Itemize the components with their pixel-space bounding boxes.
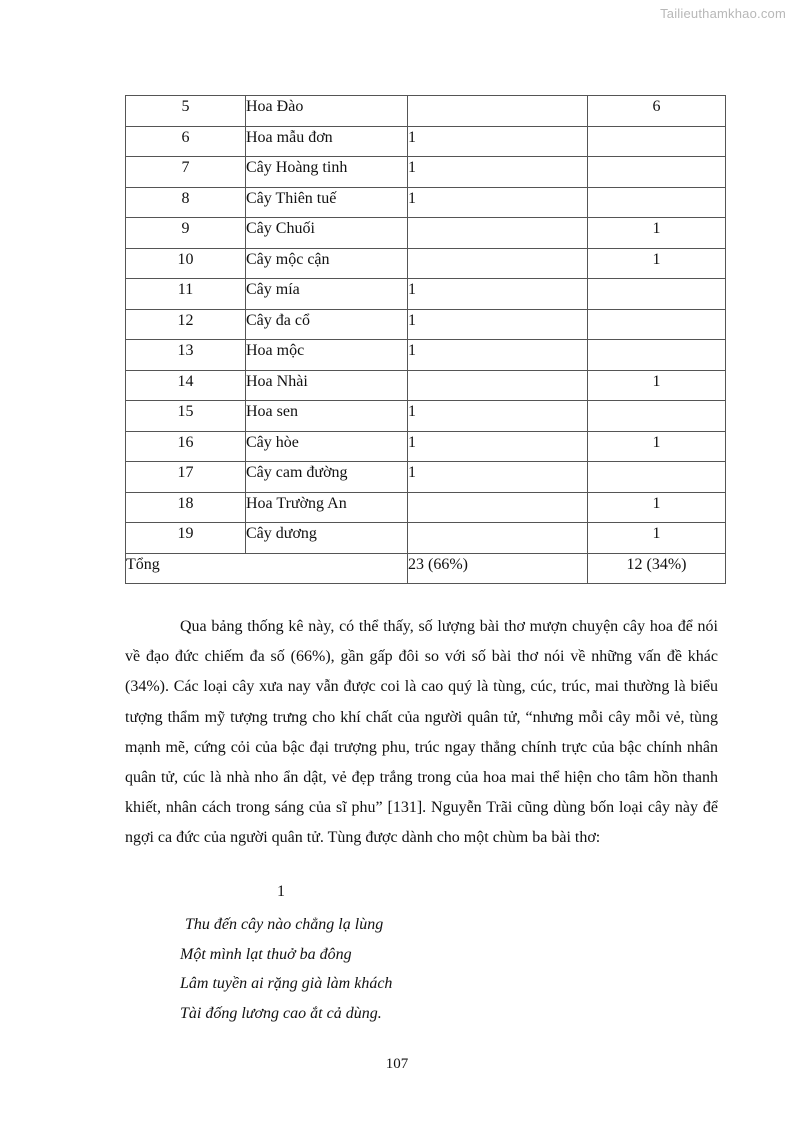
- plant-name: Cây Thiên tuế: [246, 187, 408, 218]
- table-row: 15Hoa sen1: [126, 401, 726, 432]
- count-other: 1: [588, 492, 726, 523]
- table-row: 16Cây hòe11: [126, 431, 726, 462]
- row-number: 5: [126, 96, 246, 127]
- row-number: 15: [126, 401, 246, 432]
- poem-line: Tài đống lương cao ắt cả dùng.: [180, 999, 392, 1029]
- row-number: 8: [126, 187, 246, 218]
- total-label: Tổng: [126, 553, 408, 584]
- count-ethics: [408, 248, 588, 279]
- page-number: 107: [0, 1056, 794, 1073]
- count-ethics: [408, 218, 588, 249]
- row-number: 10: [126, 248, 246, 279]
- row-number: 9: [126, 218, 246, 249]
- plant-name: Cây mía: [246, 279, 408, 310]
- table-row: 6Hoa mẫu đơn1: [126, 126, 726, 157]
- count-other: 1: [588, 370, 726, 401]
- count-other: 1: [588, 523, 726, 554]
- count-other: [588, 126, 726, 157]
- count-ethics: [408, 523, 588, 554]
- count-ethics: [408, 492, 588, 523]
- plant-name: Hoa mẫu đơn: [246, 126, 408, 157]
- poem-number: 1: [277, 883, 285, 901]
- count-other: 1: [588, 248, 726, 279]
- plant-name: Hoa sen: [246, 401, 408, 432]
- poem: Thu đến cây nào chẳng lạ lùng Một mình l…: [180, 910, 392, 1028]
- plant-name: Hoa mộc: [246, 340, 408, 371]
- plant-name: Cây đa cổ: [246, 309, 408, 340]
- table-total-row: Tổng23 (66%)12 (34%): [126, 553, 726, 584]
- count-ethics: 1: [408, 401, 588, 432]
- count-ethics: 1: [408, 340, 588, 371]
- row-number: 11: [126, 279, 246, 310]
- count-other: [588, 401, 726, 432]
- count-ethics: 1: [408, 279, 588, 310]
- row-number: 17: [126, 462, 246, 493]
- table-row: 5Hoa Đào6: [126, 96, 726, 127]
- count-ethics: 1: [408, 157, 588, 188]
- table-row: 9Cây Chuối1: [126, 218, 726, 249]
- row-number: 14: [126, 370, 246, 401]
- table-row: 17Cây cam đường1: [126, 462, 726, 493]
- table-row: 8Cây Thiên tuế1: [126, 187, 726, 218]
- plant-name: Cây dương: [246, 523, 408, 554]
- plant-name: Hoa Trường An: [246, 492, 408, 523]
- plant-name: Cây Chuối: [246, 218, 408, 249]
- plant-name: Cây cam đường: [246, 462, 408, 493]
- row-number: 13: [126, 340, 246, 371]
- count-ethics: 1: [408, 126, 588, 157]
- table-row: 7Cây Hoàng tinh1: [126, 157, 726, 188]
- table-row: 10Cây mộc cận1: [126, 248, 726, 279]
- count-other: [588, 279, 726, 310]
- row-number: 19: [126, 523, 246, 554]
- count-other: 6: [588, 96, 726, 127]
- poem-line: Thu đến cây nào chẳng lạ lùng: [180, 910, 392, 940]
- table-row: 13Hoa mộc1: [126, 340, 726, 371]
- table-row: 19Cây dương1: [126, 523, 726, 554]
- total-ethics: 23 (66%): [408, 553, 588, 584]
- count-other: 1: [588, 431, 726, 462]
- count-ethics: 1: [408, 187, 588, 218]
- table-row: 11Cây mía1: [126, 279, 726, 310]
- row-number: 16: [126, 431, 246, 462]
- plant-name: Cây Hoàng tinh: [246, 157, 408, 188]
- count-other: [588, 340, 726, 371]
- table-row: 12Cây đa cổ1: [126, 309, 726, 340]
- row-number: 18: [126, 492, 246, 523]
- count-other: [588, 187, 726, 218]
- plant-name: Cây hòe: [246, 431, 408, 462]
- table-row: 14Hoa Nhài1: [126, 370, 726, 401]
- row-number: 12: [126, 309, 246, 340]
- poem-line: Lâm tuyền ai rặng già làm khách: [180, 969, 392, 999]
- plant-name: Hoa Đào: [246, 96, 408, 127]
- count-ethics: 1: [408, 309, 588, 340]
- total-other: 12 (34%): [588, 553, 726, 584]
- count-ethics: [408, 96, 588, 127]
- watermark: Tailieuthamkhao.com: [660, 6, 786, 21]
- body-paragraph: Qua bảng thống kê này, có thể thấy, số l…: [125, 612, 718, 854]
- count-ethics: 1: [408, 462, 588, 493]
- statistics-table: 5Hoa Đào66Hoa mẫu đơn17Cây Hoàng tinh18C…: [125, 95, 726, 584]
- table-body: 5Hoa Đào66Hoa mẫu đơn17Cây Hoàng tinh18C…: [126, 96, 726, 584]
- count-other: [588, 157, 726, 188]
- plant-name: Hoa Nhài: [246, 370, 408, 401]
- paragraph-text: Qua bảng thống kê này, có thể thấy, số l…: [125, 618, 718, 846]
- count-ethics: [408, 370, 588, 401]
- row-number: 7: [126, 157, 246, 188]
- plant-name: Cây mộc cận: [246, 248, 408, 279]
- count-other: 1: [588, 218, 726, 249]
- table-row: 18Hoa Trường An1: [126, 492, 726, 523]
- count-other: [588, 462, 726, 493]
- count-other: [588, 309, 726, 340]
- row-number: 6: [126, 126, 246, 157]
- count-ethics: 1: [408, 431, 588, 462]
- poem-line: Một mình lạt thuở ba đông: [180, 940, 392, 970]
